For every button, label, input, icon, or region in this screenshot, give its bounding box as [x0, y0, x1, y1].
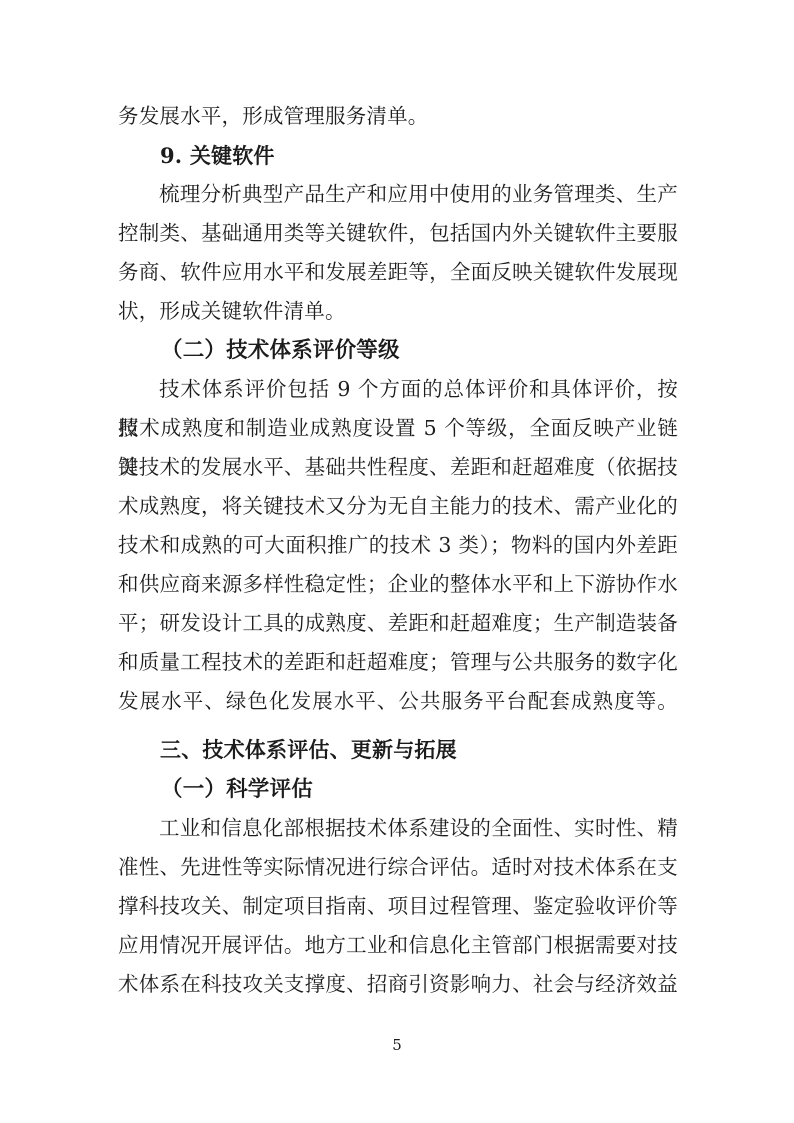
doc-line: 术成熟度，将关键技术又分为无自主能力的技术、需产业化的 — [118, 487, 678, 526]
doc-line: 发展水平、绿色化发展水平、公共服务平台配套成熟度等。 — [118, 682, 678, 721]
doc-line: 撑科技攻关、制定项目指南、项目过程管理、鉴定验收评价等 — [118, 887, 678, 926]
heading-section-3-evaluation: 三、技术体系评估、更新与拓展 — [118, 731, 678, 770]
doc-line: 务商、软件应用水平和发展差距等，全面反映关键软件发展现 — [118, 253, 678, 292]
heading-key-software: 9. 关键软件 — [118, 136, 678, 175]
doc-line: 技术和成熟的可大面积推广的技术 3 类）；物料的国内外差距 — [118, 526, 678, 565]
document-body: 务发展水平，形成管理服务清单。 9. 关键软件 梳理分析典型产品生产和应用中使用… — [118, 97, 678, 1004]
doc-line: 和质量工程技术的差距和赶超难度；管理与公共服务的数字化 — [118, 643, 678, 682]
doc-line: 工业和信息化部根据技术体系建设的全面性、实时性、精 — [118, 809, 678, 848]
doc-line: 键技术的发展水平、基础共性程度、差距和赶超难度（依据技 — [118, 448, 678, 487]
doc-line: 术体系在科技攻关支撑度、招商引资影响力、社会与经济效益 — [118, 965, 678, 1004]
doc-line: 技术成熟度和制造业成熟度设置 5 个等级，全面反映产业链关 — [118, 409, 678, 448]
doc-line: 务发展水平，形成管理服务清单。 — [118, 97, 678, 136]
doc-line: 技术体系评价包括 9 个方面的总体评价和具体评价，按照 — [118, 370, 678, 409]
heading-tech-system-rating: （二）技术体系评价等级 — [118, 331, 678, 370]
document-page: 务发展水平，形成管理服务清单。 9. 关键软件 梳理分析典型产品生产和应用中使用… — [0, 0, 794, 1123]
doc-line: 状，形成关键软件清单。 — [118, 292, 678, 331]
doc-line: 应用情况开展评估。地方工业和信息化主管部门根据需要对技 — [118, 926, 678, 965]
doc-line: 梳理分析典型产品生产和应用中使用的业务管理类、生产 — [118, 175, 678, 214]
doc-line: 控制类、基础通用类等关键软件，包括国内外关键软件主要服 — [118, 214, 678, 253]
doc-line: 和供应商来源多样性稳定性；企业的整体水平和上下游协作水 — [118, 565, 678, 604]
doc-line: 平；研发设计工具的成熟度、差距和赶超难度；生产制造装备 — [118, 604, 678, 643]
doc-line: 准性、先进性等实际情况进行综合评估。适时对技术体系在支 — [118, 848, 678, 887]
page-number: 5 — [0, 1036, 794, 1054]
heading-scientific-evaluation: （一）科学评估 — [118, 770, 678, 809]
